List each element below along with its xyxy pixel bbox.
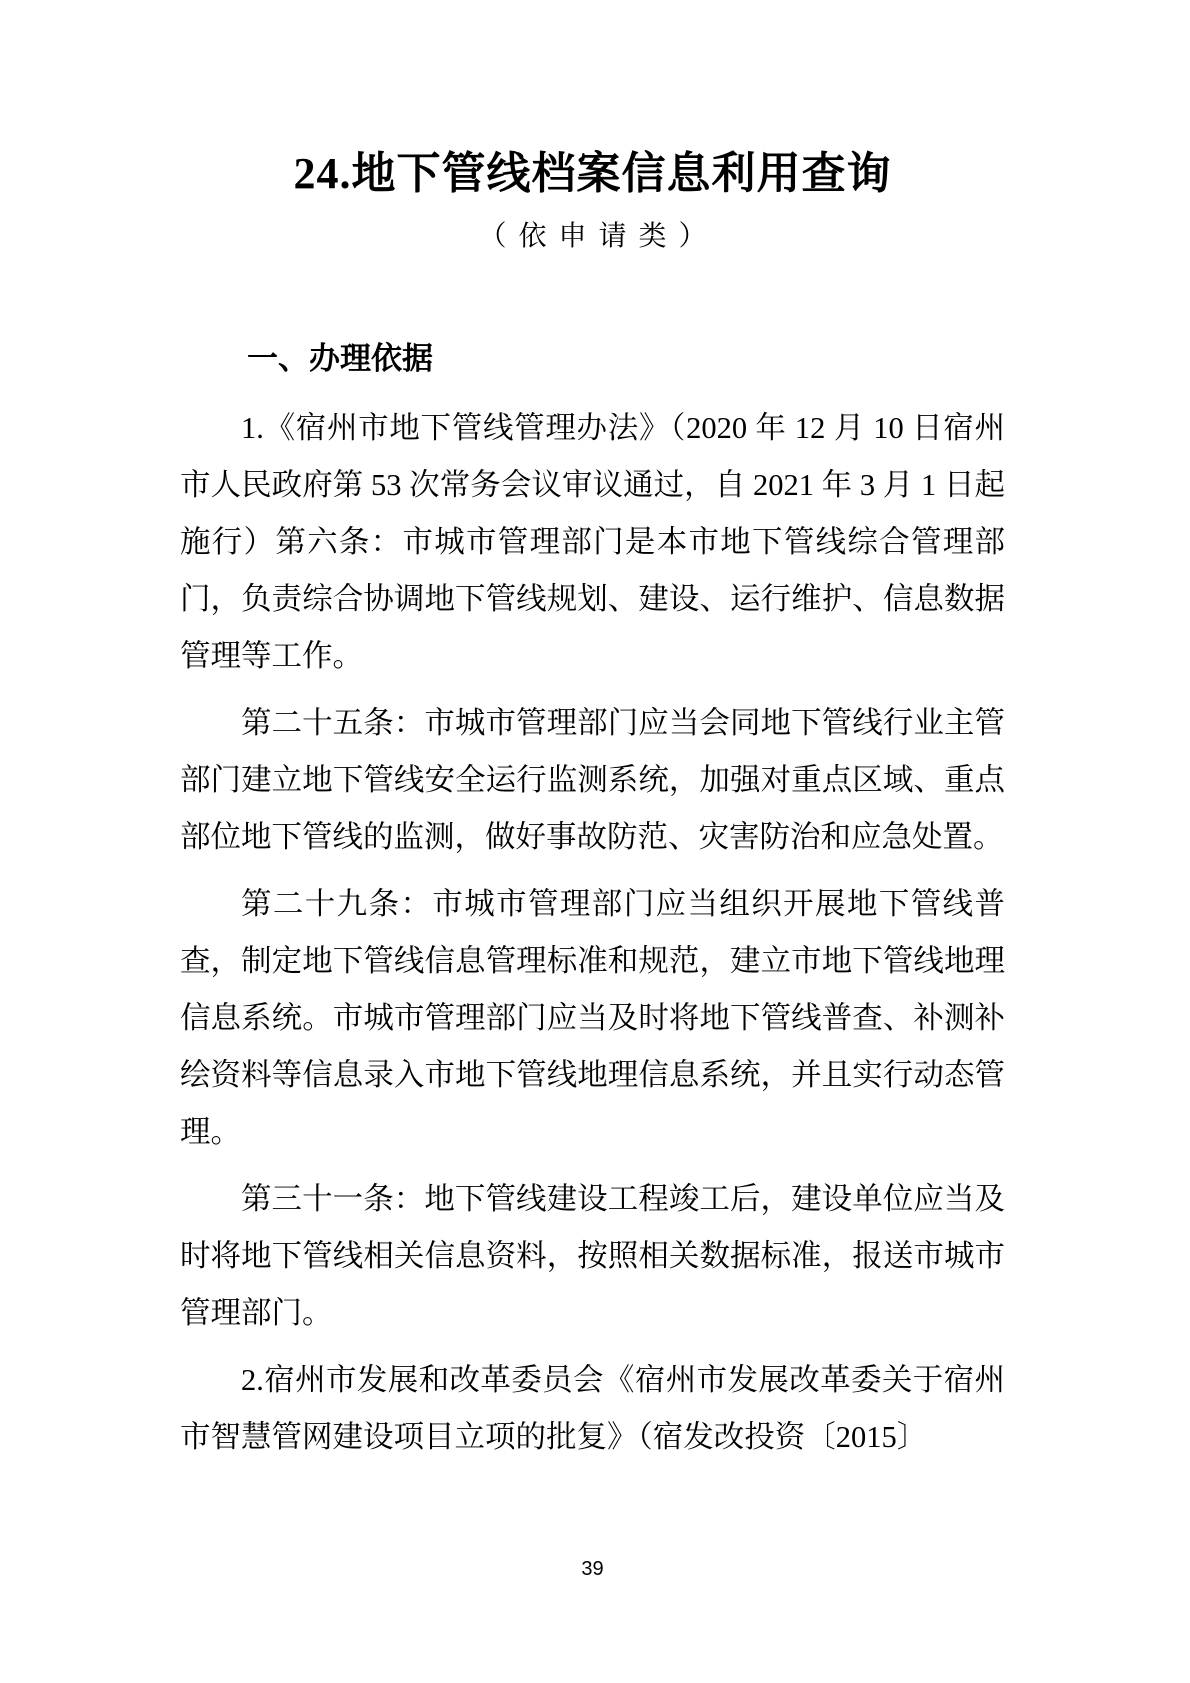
body-paragraph: 第二十九条：市城市管理部门应当组织开展地下管线普查，制定地下管线信息管理标准和规… xyxy=(180,876,1005,1161)
body-paragraph: 1.《宿州市地下管线管理办法》（2020 年 12 月 10 日宿州市人民政府第… xyxy=(180,400,1005,685)
body-paragraph: 第三十一条：地下管线建设工程竣工后，建设单位应当及时将地下管线相关信息资料，按照… xyxy=(180,1171,1005,1342)
content-area: 24.地下管线档案信息利用查询 （依申请类） 一、办理依据 1.《宿州市地下管线… xyxy=(180,0,1005,1466)
section-heading: 一、办理依据 xyxy=(180,330,1005,387)
document-page: 24.地下管线档案信息利用查询 （依申请类） 一、办理依据 1.《宿州市地下管线… xyxy=(0,0,1190,1683)
body-paragraph: 第二十五条：市城市管理部门应当会同地下管线行业主管部门建立地下管线安全运行监测系… xyxy=(180,695,1005,866)
document-body: 1.《宿州市地下管线管理办法》（2020 年 12 月 10 日宿州市人民政府第… xyxy=(180,400,1005,1466)
page-title: 24.地下管线档案信息利用查询 xyxy=(180,0,1005,204)
doc-subtitle: （依申请类） xyxy=(180,216,1005,258)
page-number: 39 xyxy=(180,1556,1005,1583)
body-paragraph: 2.宿州市发展和改革委员会《宿州市发展改革委关于宿州市智慧管网建设项目立项的批复… xyxy=(180,1352,1005,1466)
